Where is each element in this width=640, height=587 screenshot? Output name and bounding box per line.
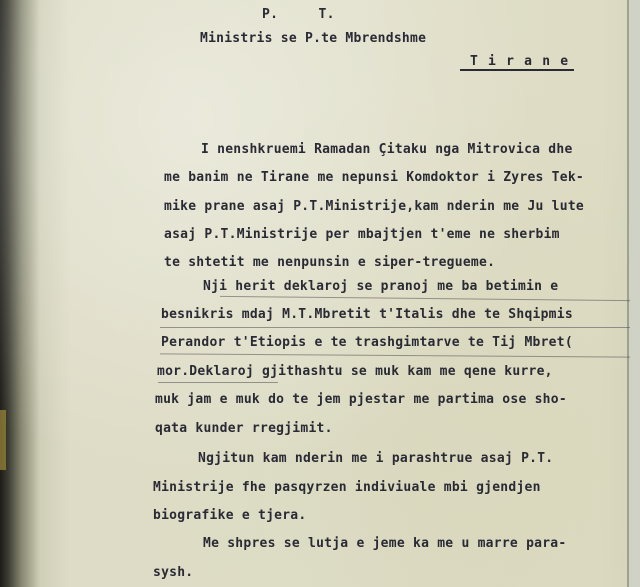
pencil-underline-3 xyxy=(160,353,630,357)
header-abbrev: P. T. xyxy=(262,7,335,23)
paragraph-2-line-5: muk jam e muk do te jem pjestar me parti… xyxy=(155,392,567,408)
paragraph-3-line-1: Ngjitun kam nderin me i parashtrue asaj … xyxy=(198,451,553,467)
paragraph-2-line-1: Nji herit deklaroj se pranoj me ba betim… xyxy=(203,279,558,295)
background-sheet xyxy=(629,0,640,587)
paragraph-2-line-4: mor.Deklaroj gjithashtu se muk kam me qe… xyxy=(157,364,553,380)
city-underline xyxy=(460,69,574,71)
scanned-letter-page: P. T. Ministris se P.te Mbrendshme T i r… xyxy=(0,0,640,587)
paragraph-2-line-3: Perandor t'Etiopis e te trashgimtarve te… xyxy=(161,335,573,351)
pencil-underline-2 xyxy=(160,327,630,328)
pencil-underline-4 xyxy=(158,382,278,383)
paragraph-1-line-2: me banim ne Tirane me nepunsi Komdoktor … xyxy=(164,170,584,186)
pencil-underline-1 xyxy=(220,296,630,301)
paragraph-1-line-4: asaj P.T.Ministrije per mbajtjen t'eme n… xyxy=(164,227,560,243)
paragraph-2-line-6: qata kunder rregjimit. xyxy=(155,421,333,437)
paragraph-4-line-2: sysh. xyxy=(153,565,193,581)
paragraph-3-line-2: Ministrije fhe pasqyrzen indiviuale mbi … xyxy=(153,480,541,496)
header-addressee: Ministris se P.te Mbrendshme xyxy=(200,31,426,47)
header-city: T i r a n e xyxy=(470,54,569,70)
paragraph-1-line-5: te shtetit me nenpunsin e siper-tregueme… xyxy=(164,255,495,271)
paragraph-2-line-2: besnikris mdaj M.T.Mbretit t'Italis dhe … xyxy=(161,307,573,323)
paragraph-1-line-3: mike prane asaj P.T.Ministrije,kam nderi… xyxy=(164,199,584,215)
paragraph-1-line-1: I nenshkruemi Ramadan Çitaku nga Mitrovi… xyxy=(201,142,573,158)
paragraph-3-line-3: biografike e tjera. xyxy=(153,508,306,524)
paragraph-4-line-1: Me shpres se lutja e jeme ka me u marre … xyxy=(203,536,566,552)
paper-stain xyxy=(0,410,6,470)
